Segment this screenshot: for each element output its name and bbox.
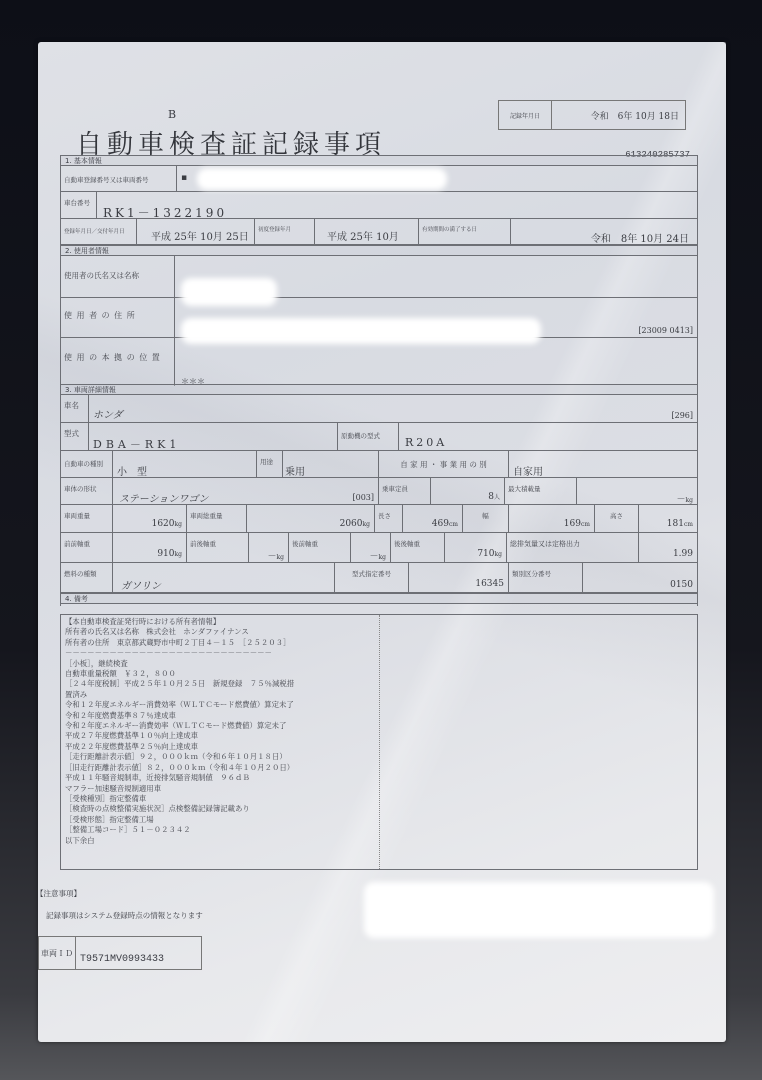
remarks-box: 【本自動車検査証発行時における所有者情報】所有者の氏名又は名称 株式会社 ホンダ…	[60, 614, 698, 870]
remarks-line: ［整備工場コード］５１－０２３４２	[65, 825, 377, 835]
section-4-header: 4. 備考	[61, 593, 697, 604]
footer-redacted	[364, 882, 714, 938]
gross-weight-label: 車両総重量	[187, 505, 247, 532]
vehicle-type-value: 小 型	[117, 463, 147, 478]
remarks-line: 【本自動車検査証発行時における所有者情報】	[65, 617, 377, 627]
vehicle-type-label: 自動車の種別	[61, 451, 113, 477]
engine-label: 原動機の型式	[337, 423, 399, 450]
first-reg-value: 平成 25年 10月	[327, 228, 399, 243]
section-user-info: 使用者の氏名又は名称 使 用 者 の 住 所 [23009 0413] 使 用 …	[60, 256, 698, 386]
width-label: 幅	[463, 505, 509, 532]
title-prefix: B	[168, 108, 176, 121]
first-reg-label: 初度登録年月	[255, 219, 315, 244]
private-business-label: 自 家 用 ・ 事 業 用 の 別	[379, 451, 509, 477]
length-value: 469cm	[432, 519, 458, 529]
registration-row: 自動車登録番号又は車両番号 ▪	[60, 166, 698, 192]
caution-header: 【注意事項】	[36, 888, 81, 899]
user-address-label: 使 用 者 の 住 所	[61, 298, 175, 337]
remarks-line: 令和２年度燃費基準８７％達成車	[65, 711, 377, 721]
fr-axle-value: －kg	[268, 549, 285, 562]
rf-axle-label: 後前軸重	[289, 533, 351, 562]
fuel-row: 燃料の種類 ガソリン 型式指定番号 16345 類別区分番号 0150	[61, 563, 697, 593]
section-3-header: 3. 車両詳細情報	[60, 384, 698, 395]
section-2-header: 2. 使用者情報	[60, 245, 698, 256]
model-value: DBA－RK1	[93, 436, 180, 452]
remarks-line: ［走行距離計表示値］９２，０００ｋｍ（令和６年１０月１８日）	[65, 752, 377, 762]
height-value: 181cm	[667, 519, 693, 529]
height-label: 高さ	[595, 505, 639, 532]
section-1-header: 1. 基本情報	[60, 155, 698, 166]
remarks-line: ［小板］，継続検査	[65, 659, 377, 669]
record-date-label: 記録年月日	[499, 101, 552, 129]
remarks-line: ［２４年度税制］平成２５年１０月２５日 新規登録 ７５％減税措	[65, 679, 377, 689]
rr-axle-value: 710kg	[477, 549, 502, 559]
remarks-line: 令和１２年度エネルギー消費効率（ＷＬＴＣモード燃費値）算定未了	[65, 700, 377, 710]
record-date-box: 記録年月日 令和 6年 10月 18日	[498, 100, 686, 130]
remarks-line: ［受検形態］指定整備工場	[65, 815, 377, 825]
category-value: 0150	[670, 580, 693, 590]
capacity-value: 8人	[488, 492, 500, 502]
remarks-line: ［旧走行距離計表示値］８２，０００ｋｍ（令和４年１０月２０日）	[65, 763, 377, 773]
remarks-line: －－－－－－－－－－－－－－－－－－－－－－－－－－－－	[65, 648, 377, 658]
fuel-value: ガソリン	[121, 577, 161, 592]
base-location-row: 使 用 の 本 拠 の 位 置 ＊＊＊	[61, 338, 697, 386]
axle-row: 前前軸重 910kg 前後軸重 －kg 後前軸重 －kg 後後軸重 710kg …	[61, 533, 697, 563]
section-basic-info: 1. 基本情報 自動車登録番号又は車両番号 ▪ 車台番号 RK1－1322190…	[60, 155, 698, 257]
model-row: 型式 DBA－RK1 原動機の型式 R20A	[61, 423, 697, 451]
remarks-line: 所有者の住所 東京都武蔵野市中町２丁目４－１５ ［２５２０３］	[65, 638, 377, 648]
body-shape-code: [003]	[352, 493, 374, 502]
model-label: 型式	[61, 423, 89, 450]
displacement-value: 1.99	[673, 549, 693, 559]
car-name-value: ホンダ	[93, 406, 123, 421]
displacement-label: 総排気量又は定格出力	[507, 533, 639, 562]
remarks-line: ［検査時の点検整備実施状況］点検整備記録簿記載あり	[65, 804, 377, 814]
ff-axle-value: 910kg	[157, 549, 182, 559]
private-business-value: 自家用	[513, 463, 543, 478]
vehicle-id-box: 車両ＩＤ T9571MV0993433	[38, 936, 202, 970]
remarks-divider	[379, 615, 380, 869]
user-name-row: 使用者の氏名又は名称	[61, 256, 697, 298]
remarks-line: 置済み	[65, 690, 377, 700]
user-address-code: [23009 0413]	[638, 326, 693, 335]
max-load-label: 最大積載量	[505, 478, 577, 504]
inspection-certificate-paper: B 自動車検査証記録事項 記録年月日 令和 6年 10月 18日 6132402…	[38, 42, 726, 1042]
fr-axle-label: 前後軸重	[187, 533, 249, 562]
reg-date-label: 登録年月日／交付年月日	[61, 219, 137, 244]
car-name-code: [296]	[671, 411, 693, 420]
rr-axle-label: 後後軸重	[391, 533, 445, 562]
remarks-line: 令和２年度エネルギー消費効率（ＷＬＴＣモード燃費値）算定未了	[65, 721, 377, 731]
vehicle-id-label: 車両ＩＤ	[39, 937, 76, 969]
vehicle-id-value: T9571MV0993433	[76, 937, 201, 969]
rf-axle-value: －kg	[370, 549, 387, 562]
remarks-text: 【本自動車検査証発行時における所有者情報】所有者の氏名又は名称 株式会社 ホンダ…	[65, 617, 377, 846]
remarks-line: 所有者の氏名又は名称 株式会社 ホンダファイナンス	[65, 627, 377, 637]
user-address-row: 使 用 者 の 住 所 [23009 0413]	[61, 298, 697, 338]
registration-label: 自動車登録番号又は車両番号	[61, 166, 177, 191]
body-shape-value: ステーションワゴン	[119, 490, 208, 505]
body-shape-row: 車体の形状 ステーションワゴン [003] 乗車定員 8人 最大積載量 －kg	[61, 478, 697, 505]
remarks-line: 平成２７年度燃費基準１０％向上達成車	[65, 731, 377, 741]
use-label: 用途	[257, 451, 283, 477]
registration-prefix: ▪	[181, 173, 187, 183]
remarks-line: 以下余白	[65, 836, 377, 846]
dimensions-row: 車両重量 1620kg 車両総重量 2060kg 長さ 469cm 幅 169c…	[61, 505, 697, 533]
car-name-row: 車名 ホンダ [296]	[61, 395, 697, 423]
vehicle-type-row: 自動車の種別 小 型 用途 乗用 自 家 用 ・ 事 業 用 の 別 自家用	[61, 451, 697, 478]
gross-weight-value: 2060kg	[340, 519, 370, 529]
record-date-value: 令和 6年 10月 18日	[552, 101, 685, 129]
base-location-label: 使 用 の 本 拠 の 位 置	[61, 338, 175, 386]
length-label: 長さ	[375, 505, 403, 532]
dates-row: 登録年月日／交付年月日 平成 25年 10月 25日 初度登録年月 平成 25年…	[60, 219, 698, 245]
reg-date-value: 平成 25年 10月 25日	[151, 228, 249, 243]
remarks-line: マフラー加速騒音規制適用車	[65, 784, 377, 794]
ff-axle-label: 前前軸重	[61, 533, 113, 562]
car-name-label: 車名	[61, 395, 89, 422]
section-vehicle-details: 3. 車両詳細情報 車名 ホンダ [296] 型式 DBA－RK1 原動機の型式…	[60, 384, 698, 606]
remarks-line: 自動車重量税額 ￥３２，８００	[65, 669, 377, 679]
width-value: 169cm	[564, 519, 590, 529]
chassis-row: 車台番号 RK1－1322190	[60, 192, 698, 219]
use-value: 乗用	[285, 463, 305, 478]
expiry-value: 令和 8年 10月 24日	[591, 230, 689, 245]
body-shape-label: 車体の形状	[61, 478, 113, 504]
chassis-label: 車台番号	[61, 192, 97, 218]
fuel-label: 燃料の種類	[61, 563, 113, 592]
capacity-label: 乗車定員	[379, 478, 431, 504]
remarks-line: 平成２２年度燃費基準２５％向上達成車	[65, 742, 377, 752]
expiry-label: 有効期間の満了する日	[419, 219, 511, 244]
type-designation-label: 型式指定番号	[335, 563, 409, 592]
remarks-line: 平成１１年騒音規制車，近接排気騒音規制値 ９６ｄＢ	[65, 773, 377, 783]
category-label: 類別区分番号	[509, 563, 583, 592]
user-name-label: 使用者の氏名又は名称	[61, 256, 175, 297]
weight-label: 車両重量	[61, 505, 113, 532]
weight-value: 1620kg	[152, 519, 182, 529]
remarks-line: ［受検種別］指定整備車	[65, 794, 377, 804]
max-load-value: －kg	[677, 492, 694, 505]
caution-text: 記録事項はシステム登録時点の情報となります	[46, 910, 203, 921]
registration-redacted	[197, 168, 447, 190]
type-designation-value: 16345	[475, 579, 504, 589]
engine-value: R20A	[405, 436, 447, 449]
